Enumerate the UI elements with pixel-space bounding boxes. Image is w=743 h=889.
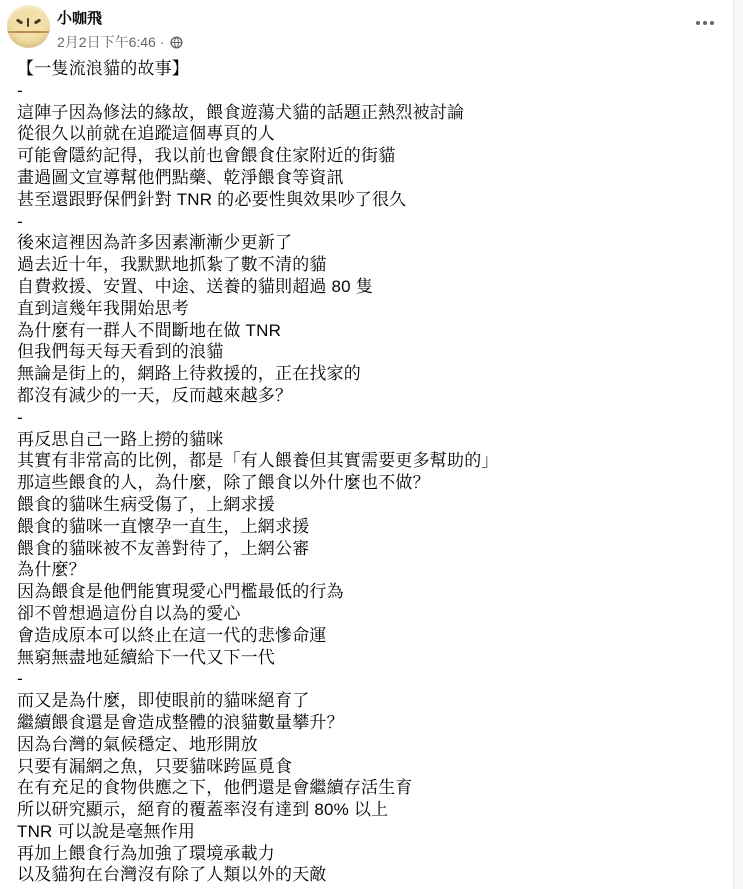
facebook-post-card: 小咖飛 2月2日下午6:46 · 【一隻流浪貓的故事】 [0,0,734,889]
post-text-line: TNR 可以說是毫無作用 [17,821,713,843]
post-text-line: - [17,80,713,102]
post-text-line: 所以研究顯示，絕育的覆蓋率沒有達到 80% 以上 [17,799,713,821]
post-text-line: 可能會隱約記得，我以前也會餵食住家附近的街貓 [17,145,713,167]
post-text-line: 會造成原本可以終止在這一代的悲慘命運 [17,625,713,647]
post-text-line: 再反思自己一路上撈的貓咪 [17,429,713,451]
avatar-nose-icon [27,18,29,27]
post-text-line: 自費救援、安置、中途、送養的貓則超過 80 隻 [17,276,713,298]
post-text-line: 都沒有減少的一天，反而越來越多？ [17,385,713,407]
post-text-line: 這陣子因為修法的緣故，餵食遊蕩犬貓的話題正熱烈被討論 [17,102,713,124]
post-subline: 2月2日下午6:46 · [57,32,183,52]
post-meta: 小咖飛 2月2日下午6:46 · [57,7,183,52]
post-text-line: - [17,407,713,429]
post-text-line: 為什麼？ [17,559,713,581]
avatar-eye-icon [34,18,42,24]
avatar-mouth-icon [7,31,50,33]
post-timestamp[interactable]: 2月2日下午6:46 [57,32,156,52]
post-text-line: 而又是為什麼，即使眼前的貓咪絕育了 [17,690,713,712]
post-text-line: 卻不曾想過這份自以為的愛心 [17,603,713,625]
post-text-line: 畫過圖文宣導幫他們點藥、乾淨餵食等資訊 [17,167,713,189]
ellipsis-dot-icon [710,21,714,25]
post-text-line: 從很久以前就在追蹤這個專頁的人 [17,123,713,145]
post-text-line: 因為台灣的氣候穩定、地形開放 [17,734,713,756]
post-text-line: 餵食的貓咪一直懷孕一直生，上網求援 [17,516,713,538]
post-text-line: 只要有漏網之魚，只要貓咪跨區覓食 [17,756,713,778]
post-text-line: - [17,668,713,690]
ellipsis-dot-icon [703,21,707,25]
post-body: 【一隻流浪貓的故事】 - 這陣子因為修法的緣故，餵食遊蕩犬貓的話題正熱烈被討論 … [0,54,733,889]
post-text-line: 後來這裡因為許多因素漸漸少更新了 [17,232,713,254]
post-text-line: 再加上餵食行為加強了環境承載力 [17,843,713,865]
post-text-line: 餵食的貓咪生病受傷了，上網求援 [17,494,713,516]
post-text-line: 因為餵食是他們能實現愛心門檻最低的行為 [17,581,713,603]
ellipsis-dot-icon [696,21,700,25]
post-header: 小咖飛 2月2日下午6:46 · [0,0,733,54]
avatar[interactable] [7,5,50,48]
post-text-line: 那這些餵食的人，為什麼，除了餵食以外什麼也不做？ [17,472,713,494]
post-options-button[interactable] [691,14,719,32]
post-text-line: 直到這幾年我開始思考 [17,298,713,320]
post-text-line: 甚至還跟野保們針對 TNR 的必要性與效果吵了很久 [17,189,713,211]
post-text-line: 無窮無盡地延續給下一代又下一代 [17,647,713,669]
post-text-line: 餵食的貓咪被不友善對待了，上網公審 [17,538,713,560]
timestamp-separator: · [160,34,165,50]
post-text-line: 以及貓狗在台灣沒有除了人類以外的天敵 [17,864,713,886]
globe-public-icon [170,36,183,49]
post-text-line: 在有充足的食物供應之下，他們還是會繼續存活生育 [17,777,713,799]
avatar-eye-icon [16,18,24,24]
post-text-line: 繼續餵食還是會造成整體的浪貓數量攀升？ [17,712,713,734]
post-text-line: - [17,211,713,233]
post-text-line: 但我們每天每天看到的浪貓 [17,341,713,363]
post-text-line: 無論是街上的，網路上待救援的，正在找家的 [17,363,713,385]
post-text-line: 過去近十年，我默默地抓紮了數不清的貓 [17,254,713,276]
author-name[interactable]: 小咖飛 [57,7,183,28]
post-text-line: 【一隻流浪貓的故事】 [17,58,713,80]
post-text-line: 為什麼有一群人不間斷地在做 TNR [17,320,713,342]
post-text-line: 其實有非常高的比例，都是「有人餵養但其實需要更多幫助的」 [17,450,713,472]
